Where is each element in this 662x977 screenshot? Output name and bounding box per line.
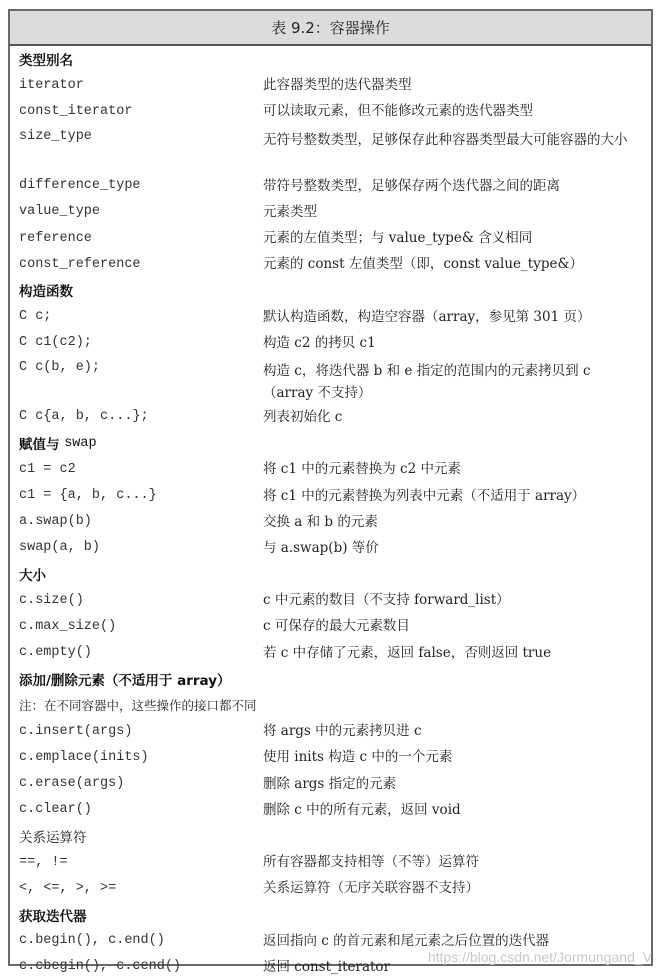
- table-row: reference元素的左值类型；与 value_type& 含义相同: [19, 225, 651, 251]
- table-row: ==, !=所有容器都支持相等（不等）运算符: [19, 849, 651, 875]
- operation: C c;: [19, 309, 263, 324]
- operation: a.swap(b): [19, 514, 263, 529]
- description: 与 a.swap(b) 等价: [263, 537, 651, 559]
- section-heading: 获取迭代器: [19, 901, 651, 927]
- section-heading-text: 类型别名: [19, 49, 73, 69]
- table-row: C c{a, b, c...};列表初始化 c: [19, 404, 651, 430]
- description: 若 c 中存储了元素，返回 false，否则返回 true: [263, 642, 651, 664]
- description: 关系运算符（无序关联容器不支持）: [263, 877, 651, 899]
- table-row: size_type无符号整数类型，足够保存此种容器类型最大可能容器的大小: [19, 125, 651, 173]
- section-heading-text: 关系运算符: [19, 826, 87, 846]
- operation: c.emplace(inits): [19, 750, 263, 765]
- container-operations-table: 表 9.2：容器操作 类型别名 iterator此容器类型的迭代器类型 cons…: [8, 9, 653, 966]
- table-row: C c(b, e);构造 c，将迭代器 b 和 e 指定的范围内的元素拷贝到 c…: [19, 356, 651, 404]
- description: 构造 c，将迭代器 b 和 e 指定的范围内的元素拷贝到 c（array 不支持…: [263, 360, 651, 404]
- operation: c.max_size(): [19, 619, 263, 634]
- operation: c.empty(): [19, 645, 263, 660]
- operation: c.cbegin(), c.cend(): [19, 959, 263, 974]
- description: 带符号整数类型，足够保存两个迭代器之间的距离: [263, 175, 651, 197]
- description: 元素的左值类型；与 value_type& 含义相同: [263, 227, 651, 249]
- table-row: difference_type带符号整数类型，足够保存两个迭代器之间的距离: [19, 173, 651, 199]
- note-text: 注：在不同容器中，这些操作的接口都不同: [19, 696, 257, 714]
- operation: c.clear(): [19, 802, 263, 817]
- section-heading-text: 大小: [19, 564, 46, 584]
- table-row: <, <=, >, >=关系运算符（无序关联容器不支持）: [19, 875, 651, 901]
- operation: size_type: [19, 129, 263, 144]
- table-body: 类型别名 iterator此容器类型的迭代器类型 const_iterator可…: [10, 46, 651, 977]
- description: 删除 args 指定的元素: [263, 773, 651, 795]
- description: c 可保存的最大元素数目: [263, 615, 651, 637]
- operation: c.insert(args): [19, 724, 263, 739]
- section-heading: 赋值与 swap: [19, 430, 651, 456]
- operation: c.size(): [19, 593, 263, 608]
- operation: value_type: [19, 204, 263, 219]
- table-row: c1 = c2将 c1 中的元素替换为 c2 中元素: [19, 456, 651, 482]
- operation: C c1(c2);: [19, 335, 263, 350]
- operation: iterator: [19, 78, 263, 93]
- description: 构造 c2 的拷贝 c1: [263, 332, 651, 354]
- description: 删除 c 中的所有元素，返回 void: [263, 799, 651, 821]
- table-row: c.max_size()c 可保存的最大元素数目: [19, 613, 651, 639]
- operation: C c(b, e);: [19, 360, 263, 375]
- section-heading: 类型别名: [19, 46, 651, 72]
- operation: c.begin(), c.end(): [19, 933, 263, 948]
- table-row: iterator此容器类型的迭代器类型: [19, 72, 651, 98]
- table-row: const_iterator可以读取元素，但不能修改元素的迭代器类型: [19, 98, 651, 124]
- description: 交换 a 和 b 的元素: [263, 511, 651, 533]
- operation: ==, !=: [19, 855, 263, 870]
- section-heading-text: 赋值与: [19, 433, 60, 453]
- section-heading-code: swap: [64, 436, 96, 451]
- description: 将 c1 中的元素替换为 c2 中元素: [263, 458, 651, 480]
- description: 可以读取元素，但不能修改元素的迭代器类型: [263, 100, 651, 122]
- operation: c.erase(args): [19, 776, 263, 791]
- section-heading-text: 获取迭代器: [19, 905, 87, 925]
- operation: c1 = c2: [19, 462, 263, 477]
- operation: <, <=, >, >=: [19, 881, 263, 896]
- description: 将 args 中的元素拷贝进 c: [263, 720, 651, 742]
- description: 列表初始化 c: [263, 406, 651, 428]
- description: 默认构造函数，构造空容器（array，参见第 301 页）: [263, 306, 651, 328]
- operation: reference: [19, 231, 263, 246]
- section-heading-text: 构造函数: [19, 280, 73, 300]
- description: 元素类型: [263, 201, 651, 223]
- operation: const_reference: [19, 257, 263, 272]
- description: 将 c1 中的元素替换为列表中元素（不适用于 array）: [263, 485, 651, 507]
- table-row: c1 = {a, b, c...}将 c1 中的元素替换为列表中元素（不适用于 …: [19, 482, 651, 508]
- section-heading: 大小: [19, 561, 651, 587]
- description: 此容器类型的迭代器类型: [263, 74, 651, 96]
- table-row: c.clear()删除 c 中的所有元素，返回 void: [19, 797, 651, 823]
- table-row: c.emplace(inits)使用 inits 构造 c 中的一个元素: [19, 744, 651, 770]
- description: 无符号整数类型，足够保存此种容器类型最大可能容器的大小: [263, 129, 651, 151]
- table-row: swap(a, b)与 a.swap(b) 等价: [19, 535, 651, 561]
- operation: difference_type: [19, 178, 263, 193]
- watermark: https://blog.csdn.net/Jormungand_V: [428, 949, 652, 965]
- section-heading-text: 添加/删除元素（不适用于 array）: [19, 669, 231, 689]
- table-row: a.swap(b)交换 a 和 b 的元素: [19, 509, 651, 535]
- table-row: c.insert(args)将 args 中的元素拷贝进 c: [19, 718, 651, 744]
- description: c 中元素的数目（不支持 forward_list）: [263, 589, 651, 611]
- description: 使用 inits 构造 c 中的一个元素: [263, 746, 651, 768]
- section-heading: 关系运算符: [19, 823, 651, 849]
- operation: const_iterator: [19, 104, 263, 119]
- section-heading: 构造函数: [19, 277, 651, 303]
- operation: c1 = {a, b, c...}: [19, 488, 263, 503]
- description: 所有容器都支持相等（不等）运算符: [263, 851, 651, 873]
- description: 元素的 const 左值类型（即，const value_type&）: [263, 253, 651, 275]
- table-row: const_reference元素的 const 左值类型（即，const va…: [19, 251, 651, 277]
- table-row: c.erase(args)删除 args 指定的元素: [19, 771, 651, 797]
- table-row: value_type元素类型: [19, 199, 651, 225]
- table-row: C c1(c2);构造 c2 的拷贝 c1: [19, 330, 651, 356]
- operation: swap(a, b): [19, 540, 263, 555]
- section-heading: 添加/删除元素（不适用于 array）: [19, 666, 651, 692]
- operation: C c{a, b, c...};: [19, 409, 263, 424]
- section-note: 注：在不同容器中，这些操作的接口都不同: [19, 692, 651, 718]
- table-title: 表 9.2：容器操作: [10, 11, 651, 46]
- table-row: c.empty()若 c 中存储了元素，返回 false，否则返回 true: [19, 640, 651, 666]
- table-row: c.size()c 中元素的数目（不支持 forward_list）: [19, 587, 651, 613]
- table-row: C c;默认构造函数，构造空容器（array，参见第 301 页）: [19, 304, 651, 330]
